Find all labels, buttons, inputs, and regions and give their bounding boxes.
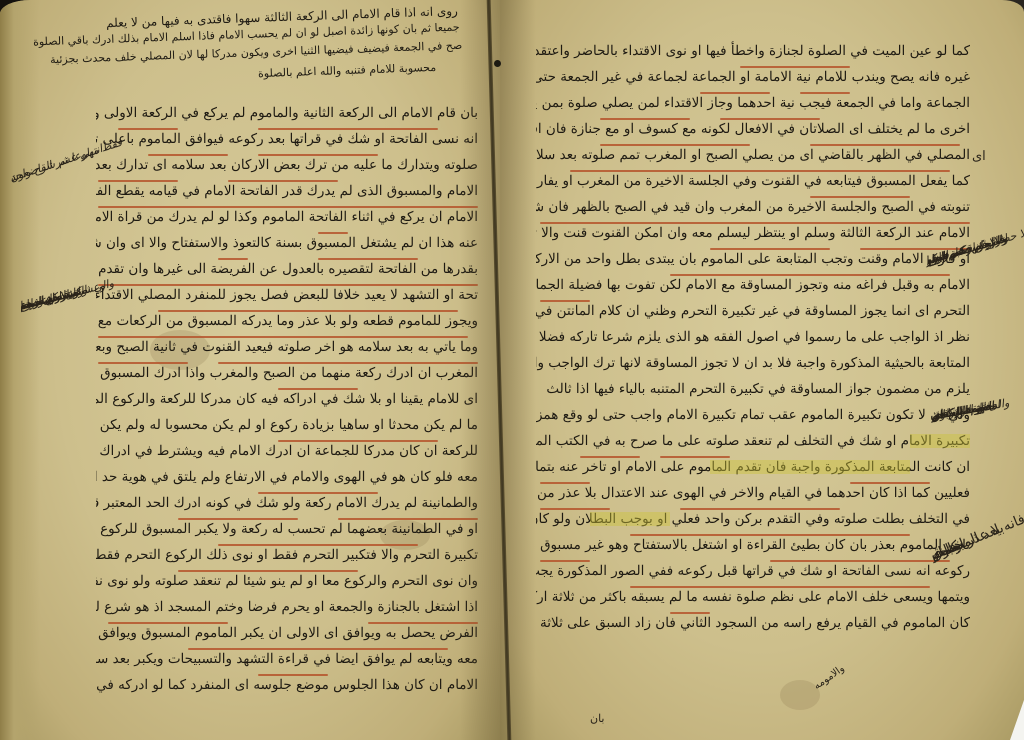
text-line: معه فلو كان هو في الهوى والامام في الارت… [96,464,478,490]
text-line: كما لو عين الميت في الصلوة لجنازة واخطأ … [536,38,970,64]
left-page: روى انه اذا قام الامام الى الركعة الثالث… [0,0,500,740]
left-outer-margin-notes-2: والى سنة الاولى ذراع كل ذراع اربعة وعشرو… [18,281,96,300]
text-line: اذا اشتغل بالجنازة والجمعة او يحرم فرضا … [96,594,478,620]
margin-note: انتهى عشر القاضعون [8,142,104,185]
text-line: انه نسى الفاتحة او شك في قراتها بعد ركوع… [96,126,478,152]
left-page-body: بان قام الامام الى الركعة الثانية والمام… [96,100,478,698]
text-line: تاخر الماموم بعذر بان كان بطيئ القراءة ا… [536,532,970,558]
text-line: يلزم من مضمون جواز المساوقة في تكبيرة ال… [536,376,970,402]
header-note-4: محسوبة للامام فتنبه والله اعلم بالصلوة [258,61,437,81]
text-line: ولي ان لا تكون تكبيرة الماموم عقب تمام ت… [536,402,970,428]
text-line: تكبيرة التحرم والا فتكبير التحرم فقط او … [96,542,478,568]
text-line: الامام عند الركعة الثالثة وسلم او ينتظر … [536,220,970,246]
text-line: المغرب ان ادرك ركعة منهما من الصبح والمغ… [96,360,478,386]
text-line: ويتمها ويسعى خلف الامام على نظم صلوة نفس… [536,584,970,610]
text-line: والطمانينة لم يدرك الامام ركعة ولو شك في… [96,490,478,516]
text-line: اى للامام يقينا او بلا شك في ادراكه فيه … [96,386,478,412]
text-line: الفرض يحصل به ويوافق اى الاولى ان يكبر ا… [96,620,478,646]
text-line: او في الطمانينة بعضهما لم تحسب له ركعة و… [96,516,478,542]
text-line: المتابعة بالحيثية المذكورة واجبة فلا بد … [536,350,970,376]
text-line: وما ياتي به بعد سلامه هو اخر صلوته فيعيد… [96,334,478,360]
text-line: الامام والمسبوق الذى لم يدرك قدر الفاتحة… [96,178,478,204]
page-mark: بان [590,712,605,725]
open-manuscript: روى انه اذا قام الامام الى الركعة الثالث… [0,0,1024,740]
page-tear [1010,700,1024,740]
text-line: في التخلف بطلت صلوته وفي التقدم بركن واح… [536,506,970,532]
catchword: والامومه [812,663,847,692]
text-line: ركوعه انه نسى الفاتحة او شك في قراتها قب… [536,558,970,584]
text-line: بان قام الامام الى الركعة الثانية والمام… [96,100,478,126]
side-mark: اى [972,150,986,164]
text-line: الامام به وقبل فراغه منه وتجوز المساوقة … [536,272,970,298]
right-page-body: كما لو عين الميت في الصلوة لجنازة واخطأ … [536,38,970,636]
margin-note: ذهبا دهم [18,291,59,314]
text-line: او فارق الامام وقنت وتجب المتابعة على ال… [536,246,970,272]
text-line: الامام ان كان هذا الجلوس موضع جلوسه اى ا… [96,672,478,698]
left-outer-margin-notes: فقط مبلوعا تم شرح واحد انتهى عشر القاضعو… [8,146,88,172]
text-line: ما لم يكن محدثا او ساهيا بزيادة ركوع او … [96,412,478,438]
binding-hole [494,60,501,67]
text-line: صلوته ويتدارك ما عليه من ترك بعض الاركان… [96,152,478,178]
text-line: تكبيرة الامام او شك في التخلف لم تنعقد ص… [536,428,970,454]
text-line: الامام ان يركع في اثناء الفاتحة الماموم … [96,204,478,230]
text-line: وان نوى التحرم والركوع معا او لم ينو شيئ… [96,568,478,594]
text-line: تحة او التشهد لا يعيد خلافا للبعض فصل يج… [96,282,478,308]
text-line: ان كانت المتابعة المذكورة واجبة فان تقدم… [536,454,970,480]
text-line: المصلي في الظهر بالقاضي اى من يصلي الصبح… [536,142,970,168]
text-line: بقدرها من الفاتحة لتقصيره بالعدول عن الف… [96,256,478,282]
text-line: معه ويتابعه لم يوافق ايضا في قراءة التشه… [96,646,478,672]
text-line: الجماعة واما في الجمعة فيجب نية احدهما و… [536,90,970,116]
right-page: كما لو عين الميت في الصلوة لجنازة واخطأ … [500,0,1024,740]
text-line: ويجوز للماموم قطعه ولو بلا عذر وما يدركه… [96,308,478,334]
text-line: عنه هذا ان لم يشتغل المسبوق بسنة كالتعوذ… [96,230,478,256]
text-line: تنوبته في الصبح والجلسة الاخيرة من المغر… [536,194,970,220]
text-line: اخرى ما لم يختلف اى الصلاتان في الافعال … [536,116,970,142]
text-line: التحرم اى انما يجوز المساوقة في غير تكبي… [536,298,970,324]
text-line: نظر اذ الواجب على ما رسموا في اصول الفقه… [536,324,970,350]
text-line: كان الماموم في القيام يرفع راسه من السجو… [536,610,970,636]
text-line: للركعة ان كان مدركا للجماعة ان ادرك الام… [96,438,478,464]
text-line: غيره فانه يصح ويندب للامام نية الامامة ا… [536,64,970,90]
text-line: فعليين كما اذا كان احدهما في القيام والا… [536,480,970,506]
text-line: كما يفعل المسبوق فيتابعه في القنوت وفي ا… [536,168,970,194]
